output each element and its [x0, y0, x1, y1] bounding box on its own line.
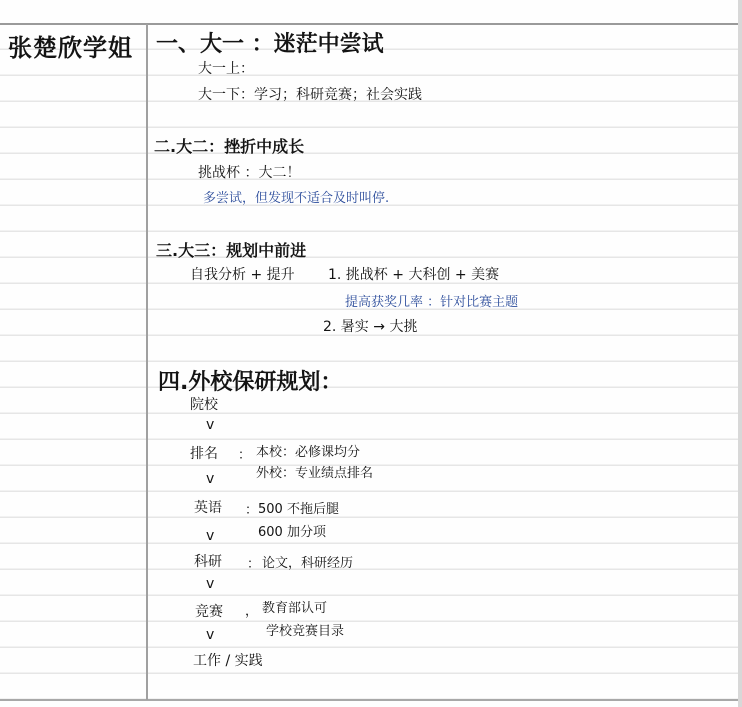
margin-divider — [146, 24, 148, 700]
flow-label-schools: 院校 — [190, 394, 218, 414]
notebook-page: 张楚欣学姐 一、大一 ：迷茫中尝试 大一上： 大一下：学习；科研竞赛；社会实践 … — [0, 0, 742, 707]
section-1-line-1: 大一上： — [198, 58, 254, 78]
section-2-line-1: 挑战杯 ：大二！ — [198, 162, 300, 182]
flow-detail-english-1: 500 不拖后腿 — [258, 498, 339, 517]
flow-sep-english: ： — [245, 499, 258, 518]
sidebar-title: 张楚欣学姐 — [8, 28, 133, 63]
section-1-heading: 一、大一 ：迷茫中尝试 — [156, 27, 384, 58]
flow-detail-ranking-2: 外校：专业绩点排名 — [256, 462, 373, 481]
flow-sep-research: ： — [247, 553, 260, 572]
section-3-note: 提高获奖几率 ：针对比赛主题 — [345, 291, 518, 310]
section-1-line-2: 大一下：学习；科研竞赛；社会实践 — [198, 84, 422, 104]
flow-detail-english-2: 600 加分项 — [258, 521, 326, 540]
flow-detail-competitions-1: 教育部认可 — [262, 597, 327, 616]
flow-arrow-icon: v — [206, 471, 214, 487]
flow-detail-ranking-1: 本校：必修课均分 — [256, 441, 360, 460]
flow-sep-competitions: ， — [245, 600, 258, 619]
section-2-heading: 二.大二：挫折中成长 — [154, 134, 304, 157]
flow-detail-research-1: 论文，科研经历 — [262, 552, 353, 571]
flow-sep-ranking: ： — [238, 444, 251, 463]
top-rule — [0, 23, 738, 25]
section-3-item-1: 1. 挑战杯 + 大科创 + 美赛 — [328, 264, 499, 284]
section-3-heading: 三.大三：规划中前进 — [156, 238, 306, 261]
page-edge — [738, 0, 742, 707]
section-4-heading: 四.外校保研规划： — [158, 365, 342, 396]
section-2-note: 多尝试，但发现不适合及时叫停. — [203, 187, 389, 206]
section-3-item-2: 2. 暑实 → 大挑 — [323, 316, 417, 336]
flow-arrow-icon: v — [206, 576, 214, 592]
flow-label-ranking: 排名 — [190, 443, 218, 463]
flow-label-research: 科研 — [194, 551, 222, 571]
flow-label-competitions: 竞赛 — [195, 601, 223, 621]
ruled-lines — [0, 24, 738, 700]
flow-label-work-practice: 工作 / 实践 — [193, 650, 263, 670]
flow-arrow-icon: v — [206, 627, 214, 643]
flow-arrow-icon: v — [206, 417, 214, 433]
bottom-rule — [0, 699, 738, 701]
flow-label-english: 英语 — [194, 497, 222, 517]
section-3-left: 自我分析 + 提升 — [190, 264, 295, 284]
flow-arrow-icon: v — [206, 528, 214, 544]
flow-detail-competitions-2: 学校竞赛目录 — [266, 620, 344, 639]
